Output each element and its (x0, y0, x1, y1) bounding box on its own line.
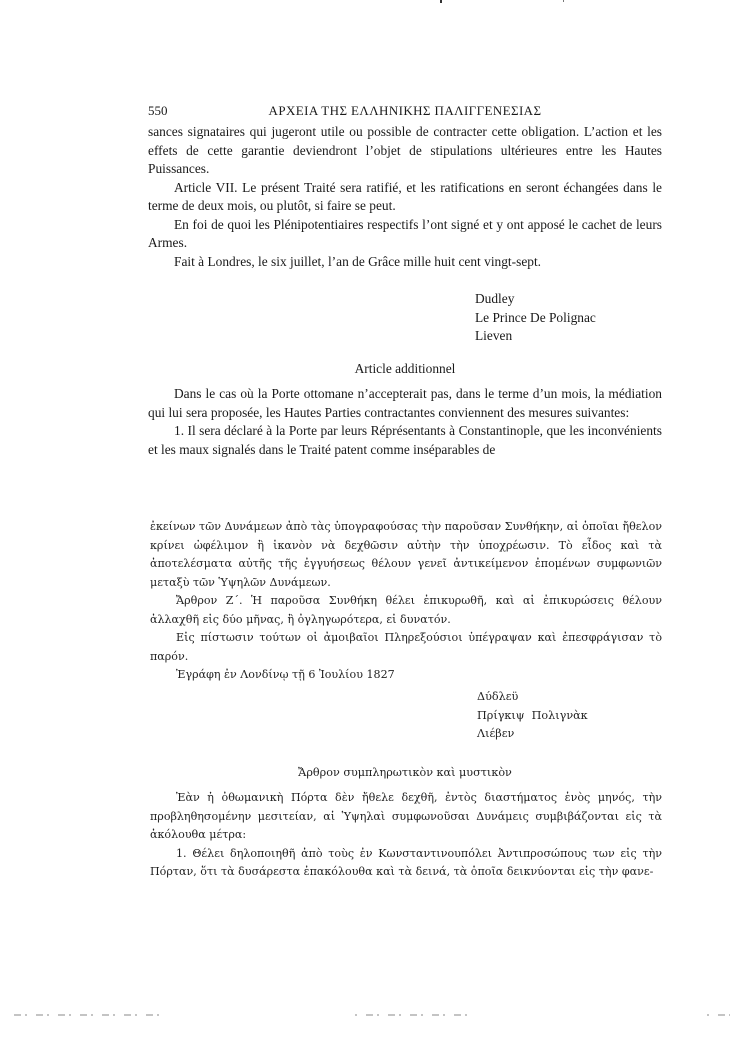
paragraph: En foi de quoi les Plénipotentiaires res… (148, 216, 662, 253)
greek-treaty-text: ἐκείνων τῶν Δυνάμεων ἀπὸ τὰς ὑπογραφούσα… (150, 518, 662, 685)
greek-additional-article: Ἐὰν ἡ ὀθωμανικὴ Πόρτα δὲν ἤθελε δεχθῆ, ἐ… (150, 789, 662, 882)
greek-signatories: Δύδλεϋ Πρίγκιψ Πολιγνὰκ Λιέβεν (477, 688, 588, 744)
paragraph: Ἐὰν ἡ ὀθωμανικὴ Πόρτα δὲν ἤθελε δεχθῆ, ἐ… (150, 789, 662, 845)
signatory: Δύδλεϋ (477, 688, 588, 707)
paragraph: Dans le cas où la Porte ottomane n’accep… (148, 385, 662, 422)
signatory: Λιέβεν (477, 725, 588, 744)
signatory: Le Prince De Polignac (475, 309, 596, 328)
french-additional-article: Dans le cas où la Porte ottomane n’accep… (148, 385, 662, 459)
document-page: 550 ΑΡΧΕΙΑ ΤΗΣ ΕΛΛΗΝΙΚΗΣ ΠΑΛΙΓΓΕΝΕΣΙΑΣ s… (0, 0, 744, 1052)
paragraph: sances signataires qui jugeront utile ou… (148, 123, 662, 179)
paragraph: ἐκείνων τῶν Δυνάμεων ἀπὸ τὰς ὑπογραφούσα… (150, 518, 662, 592)
paragraph-article-vii: Article VII. Le présent Traité sera rati… (148, 179, 662, 216)
paragraph: 1. Θέλει δηλοποιηθῆ ἀπὸ τοὺς ἐν Κωνσταντ… (150, 845, 662, 882)
paragraph: Εἰς πίστωσιν τούτων οἱ ἀμοιβαῖοι Πληρεξο… (150, 629, 662, 666)
running-title: ΑΡΧΕΙΑ ΤΗΣ ΕΛΛΗΝΙΚΗΣ ΠΑΛΙΓΓΕΝΕΣΙΑΣ (148, 103, 662, 119)
scan-artifact (440, 0, 442, 3)
section-title-arthron-symplirotikon: Ἄρθρον συμπληρωτικὸν καὶ μυστικὸν (148, 766, 662, 779)
signatory: Πρίγκιψ Πολιγνὰκ (477, 707, 588, 726)
signatory: Dudley (475, 290, 596, 309)
paragraph-article-z: Ἄρθρον Ζ΄. Ἡ παροῦσα Συνθήκη θέλει ἐπικυ… (150, 592, 662, 629)
paragraph-date: Fait à Londres, le six juillet, l’an de … (148, 253, 662, 272)
section-title-article-additionnel: Article additionnel (148, 361, 662, 377)
running-header: 550 ΑΡΧΕΙΑ ΤΗΣ ΕΛΛΗΝΙΚΗΣ ΠΑΛΙΓΓΕΝΕΣΙΑΣ (148, 103, 662, 121)
scan-artifact-gap (475, 1014, 705, 1016)
paragraph: 1. Il sera déclaré à la Porte par leurs … (148, 422, 662, 459)
paragraph-date: Ἐγράφη ἐν Λονδίνῳ τῇ 6 Ἰουλίου 1827 (150, 666, 662, 685)
french-treaty-text: sances signataires qui jugeront utile ou… (148, 123, 662, 271)
scan-artifact-gap (165, 1014, 355, 1016)
signatory: Lieven (475, 327, 596, 346)
french-signatories: Dudley Le Prince De Polignac Lieven (475, 290, 596, 346)
scan-artifact (563, 0, 564, 2)
